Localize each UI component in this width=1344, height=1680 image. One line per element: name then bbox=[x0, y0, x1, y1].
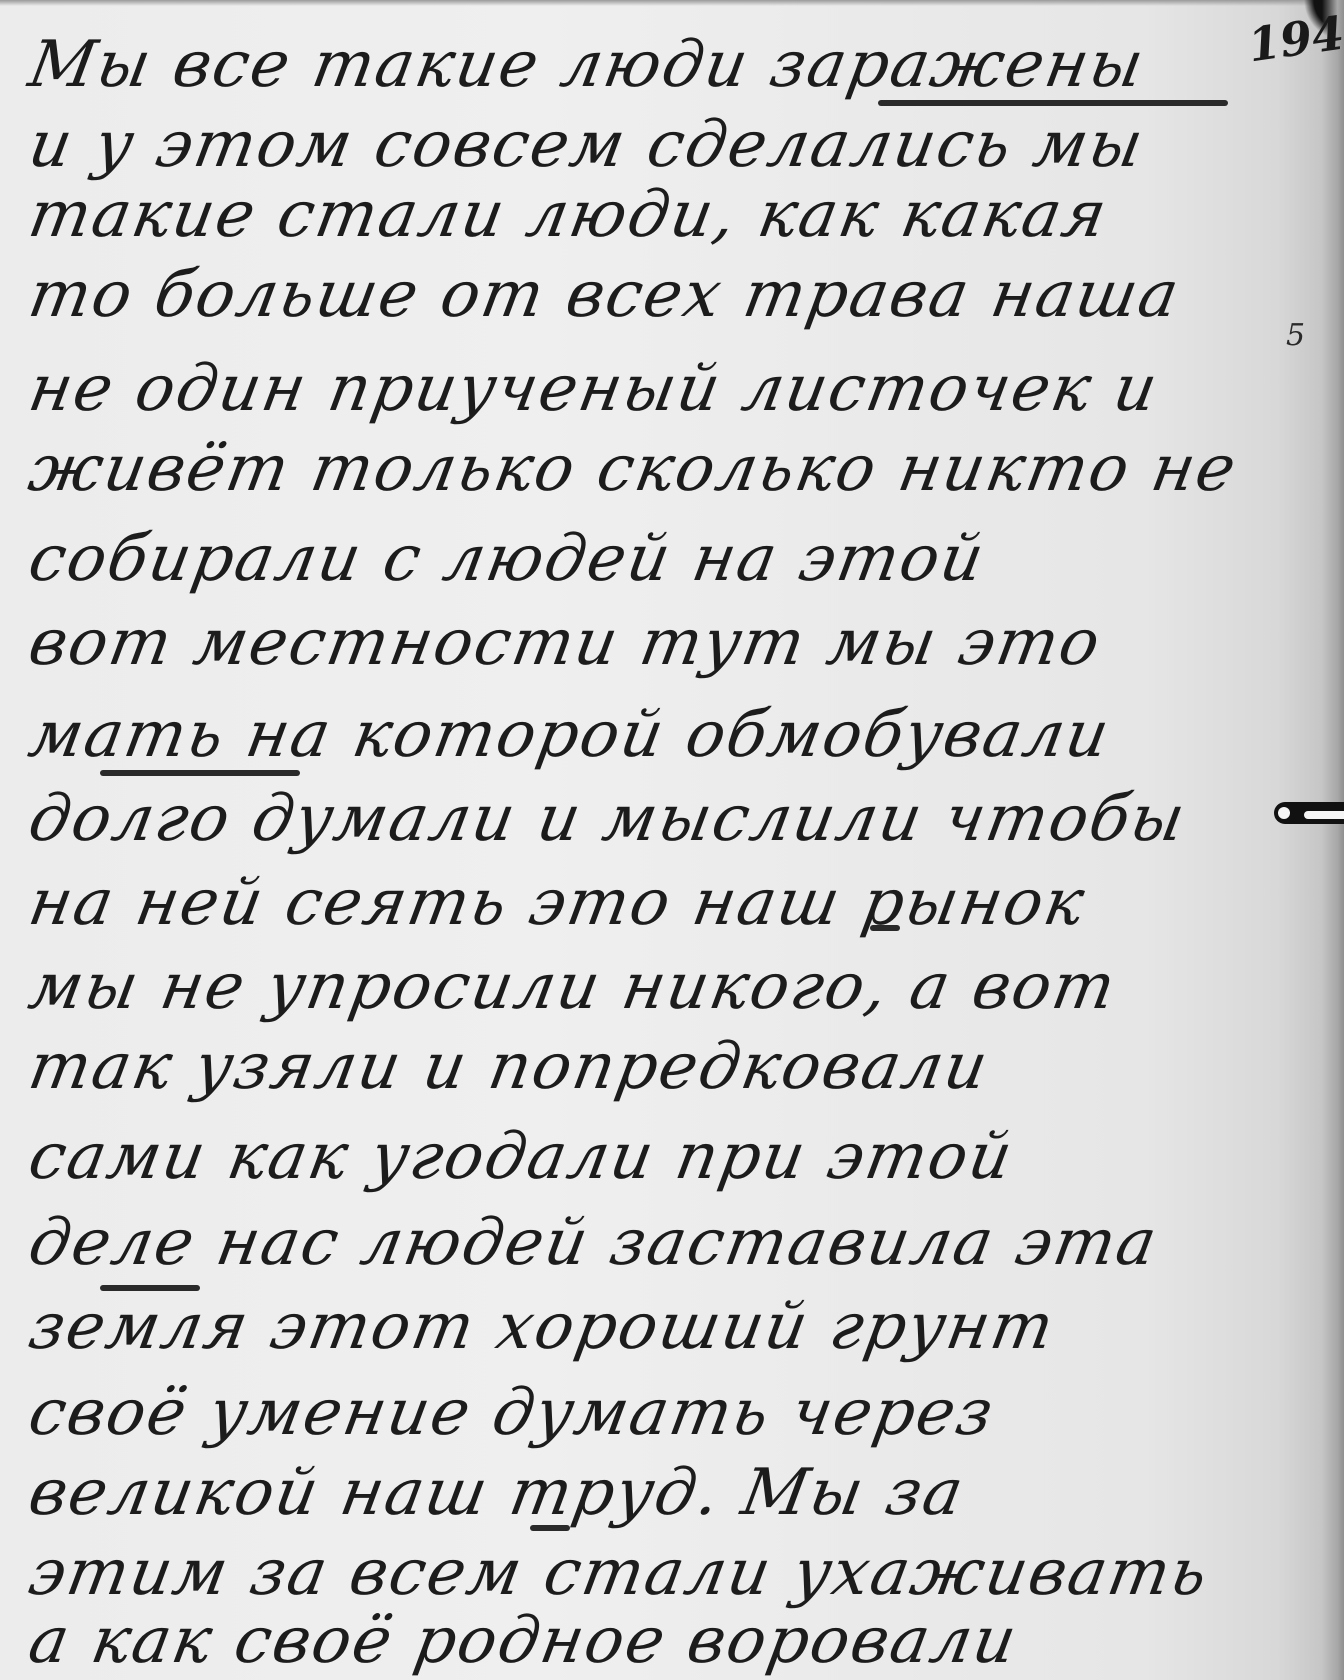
text-line: Мы все такие люди заражены bbox=[23, 28, 1150, 102]
text-line: а как своё родное воровали bbox=[23, 1604, 1023, 1678]
underline-mark bbox=[100, 1285, 200, 1291]
text-line: мать на которой обмобували bbox=[23, 698, 1116, 772]
underline-mark bbox=[870, 925, 900, 931]
text-line: этим за всем стали ухаживать bbox=[23, 1536, 1214, 1610]
text-line: долго думали и мыслили чтобы bbox=[23, 782, 1191, 856]
text-line: собирали с людей на этой bbox=[23, 522, 990, 596]
scan-top-shadow bbox=[0, 0, 1344, 6]
text-line: земля этот хороший грунт bbox=[23, 1290, 1060, 1364]
page-binding-edge bbox=[1322, 0, 1344, 1680]
text-line: вот местности тут мы это bbox=[23, 606, 1107, 680]
manuscript-page: 194 5 Мы все такие люди заражены и у это… bbox=[0, 0, 1344, 1680]
text-line: деле нас людей заставила эта bbox=[23, 1206, 1163, 1280]
text-line: и у этом совсем сделались мы bbox=[23, 108, 1150, 182]
text-line: не один приученый листочек и bbox=[23, 352, 1164, 426]
underline-mark bbox=[878, 100, 1228, 106]
underline-mark bbox=[530, 1525, 570, 1531]
text-line: сами как угодали при этой bbox=[23, 1120, 1019, 1194]
text-line: то больше от всех трава наша bbox=[23, 258, 1185, 332]
margin-mark: 5 bbox=[1286, 318, 1305, 353]
text-line: своё умение думать через bbox=[23, 1376, 1000, 1450]
text-line: такие стали люди, как какая bbox=[23, 178, 1113, 252]
text-line: так узяли и попредковали bbox=[23, 1030, 994, 1104]
text-line: на ней сеять это наш рынок bbox=[23, 866, 1091, 940]
binding-clip bbox=[1274, 802, 1344, 824]
underline-mark bbox=[100, 770, 300, 776]
text-line: мы не упросили никого, а вот bbox=[23, 950, 1122, 1024]
text-line: живёт только сколько никто не bbox=[23, 432, 1243, 506]
text-line: великой наш труд. Мы за bbox=[23, 1456, 970, 1530]
